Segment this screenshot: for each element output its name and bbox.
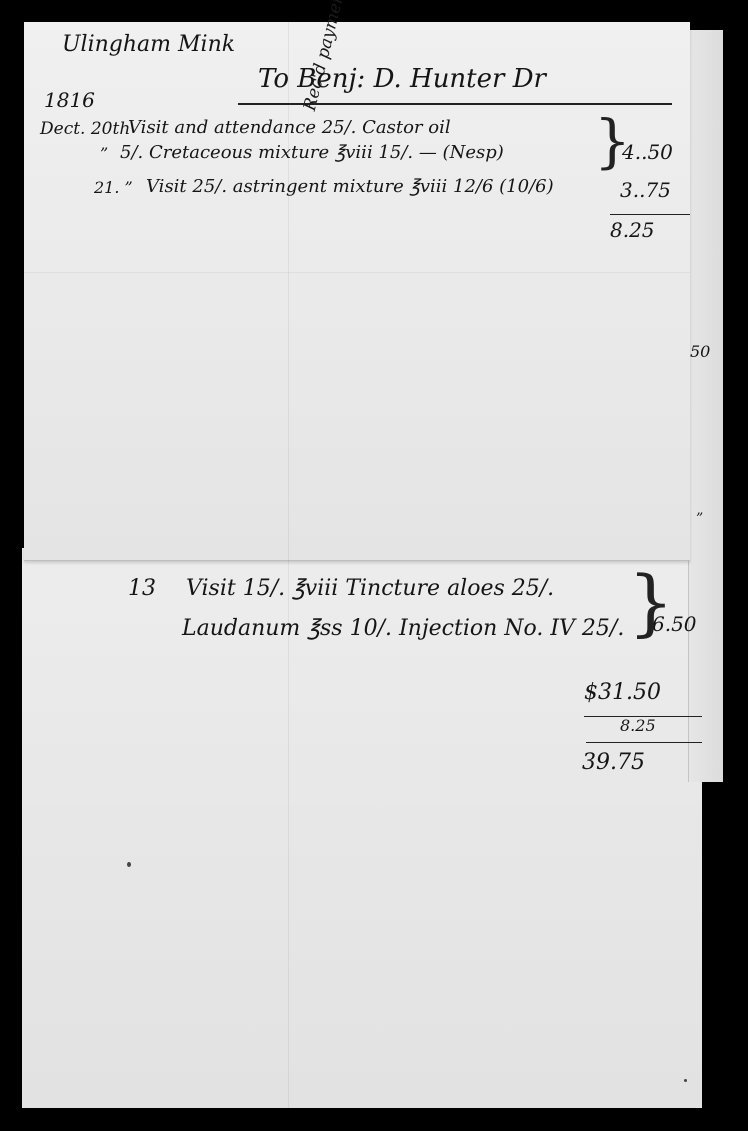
running-total: $31.50 (584, 682, 661, 704)
subtotal-rule-top (610, 214, 690, 215)
paper-speck (684, 1079, 687, 1082)
entry-date: 21. ” (94, 180, 133, 196)
subtotal-top: 8.25 (610, 220, 655, 240)
total-rule-2 (586, 742, 702, 743)
bracket-top-entries: } (594, 112, 631, 170)
margin-note: 50 (690, 344, 710, 360)
entry-text: Visit 25/. astringent mixture ℥viii 12/6… (146, 178, 554, 196)
year: 1816 (44, 90, 95, 110)
entry-amount: 3..75 (620, 180, 671, 200)
entry-text: 5/. Cretaceous mixture ℥viii 15/. — (Nes… (120, 144, 504, 162)
add-amount: 8.25 (620, 718, 656, 734)
entry-text: Visit and attendance 25/. Castor oil (128, 119, 451, 137)
horizontal-fold-line (22, 272, 690, 273)
entry-text: Laudanum ℥ss 10/. Injection No. IV 25/. (182, 618, 624, 640)
entry-date: ” (100, 146, 108, 162)
entry-date: 13 (128, 578, 156, 600)
entry-date: Dect. 20th (40, 121, 130, 138)
paper-speck (127, 862, 131, 867)
bracket-bottom-entries: } (628, 566, 674, 638)
entry-text: Visit 15/. ℥viii Tincture aloes 25/. (186, 578, 554, 600)
creditor-line: To Benj: D. Hunter Dr (258, 66, 546, 92)
creditor-underline-right (312, 103, 672, 105)
grand-total: 39.75 (582, 752, 645, 774)
margin-note: ” (696, 512, 703, 526)
right-margin-strip (688, 30, 723, 782)
debtor-name: Ulingham Mink (62, 34, 235, 56)
